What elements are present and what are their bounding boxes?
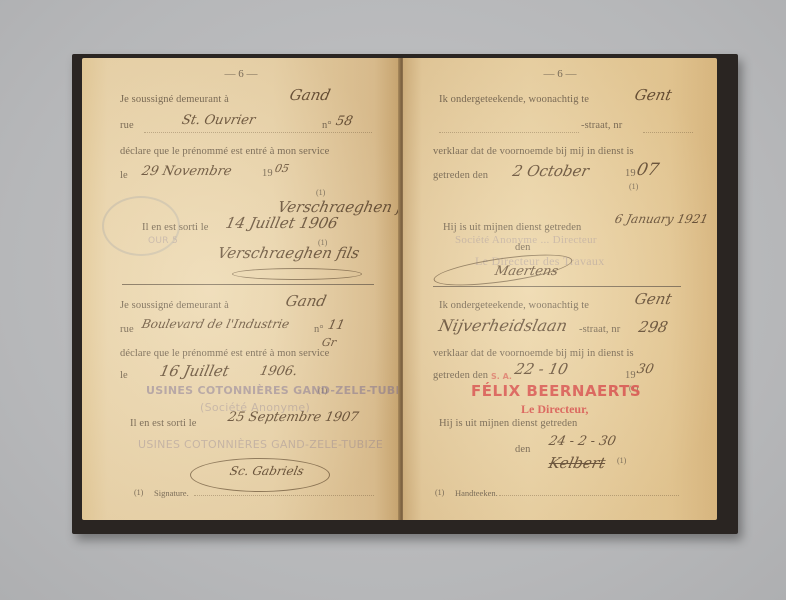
- red-stamp-prefix: S. A.: [491, 372, 512, 381]
- street-label: -straat, nr: [579, 324, 620, 335]
- residence-label: Ik ondergeteekende, woonachtig te: [439, 94, 589, 105]
- exit-label: Hij is uit mijnen dienst getreden: [443, 222, 581, 233]
- employer-signature-2: Verschraeghen fils: [216, 244, 361, 262]
- handteeken-label: Handteeken.: [455, 488, 498, 498]
- number-value: 58: [334, 114, 354, 129]
- street-value: Nijverheidslaan: [437, 316, 569, 335]
- red-stamp-name: FÉLIX BEERNAERTS: [471, 382, 641, 400]
- date-label: getreden den: [433, 170, 488, 181]
- residence-value: Gent: [633, 86, 673, 104]
- residence-value: Gand: [288, 86, 332, 104]
- footnote-marker: (1): [316, 188, 325, 197]
- date-label: le: [120, 370, 128, 381]
- right-page: — 6 — Ik ondergeteekende, woonachtig te …: [403, 58, 717, 520]
- red-stamp-title: Le Directeur,: [521, 402, 588, 417]
- number-value: 298: [637, 318, 669, 336]
- number-value: 11: [326, 318, 346, 333]
- company-stamp-repeat: USINES COTONNIÈRES GAND-ZELE-TUBIZE: [138, 438, 383, 451]
- den-label: den: [515, 242, 530, 253]
- section-divider: [433, 286, 681, 287]
- exit-date: 25 Septembre 1907: [226, 410, 359, 425]
- footer-marker: (1): [134, 488, 143, 497]
- exit-label: Il en est sorti le: [130, 418, 197, 429]
- exit-label: Il en est sorti le: [142, 222, 209, 233]
- residence-label: Ik ondergeteekende, woonachtig te: [439, 300, 589, 311]
- declaration-text: déclare que le prénommé est entré à mon …: [120, 348, 329, 359]
- exit-date: 6 January 1921: [614, 212, 710, 226]
- section-divider: [122, 284, 374, 285]
- page-number: — 6 —: [403, 68, 717, 80]
- street-value: Boulevard de l'Industrie: [141, 317, 291, 331]
- entry-date: 29 Novembre: [140, 164, 233, 179]
- signature-flourish: [232, 268, 362, 280]
- street-label: -straat, nr: [581, 120, 622, 131]
- entry-date: 2 October: [511, 162, 591, 180]
- entry-date: 16 Juillet: [158, 362, 231, 380]
- employer-signature: Maertens: [493, 264, 559, 279]
- signature-label: Signature.: [154, 488, 189, 498]
- date-label: le: [120, 170, 128, 181]
- footnote-marker: (1): [629, 182, 638, 191]
- declaration-text: verklaar dat de voornoemde bij mij in di…: [433, 348, 634, 359]
- faint-stamp-text: OUR 5: [148, 236, 178, 246]
- den-label: den: [515, 444, 530, 455]
- year-suffix: 07: [635, 160, 661, 180]
- street-dotted-line: [144, 132, 372, 133]
- page-number: — 6 —: [82, 68, 400, 80]
- entry-date: 22 - 10: [513, 360, 570, 378]
- signature-line: [499, 495, 679, 496]
- number-label: n°: [314, 324, 324, 335]
- signature-marker: (1): [617, 456, 626, 465]
- annotation: Gr: [321, 336, 338, 349]
- street-value: St. Ouvrier: [180, 113, 256, 128]
- company-stamp: USINES COTONNIÈRES GAND-ZELE-TUBIZE: [146, 384, 400, 397]
- employer-signature: Kelbert: [547, 454, 607, 472]
- declaration-text: verklaar dat de voornoemde bij mij in di…: [433, 146, 634, 157]
- declaration-text: déclare que le prénommé est entré à mon …: [120, 146, 329, 157]
- number-dotted-line: [643, 132, 693, 133]
- signature-line: [194, 495, 374, 496]
- footer-marker: (1): [435, 488, 444, 497]
- entry-year: 1906.: [258, 364, 298, 379]
- exit-label: Hij is uit mijnen dienst getreden: [439, 418, 577, 429]
- left-page: — 6 — Je soussigné demeurant à Gand rue …: [82, 58, 400, 520]
- year-prefix: 19: [262, 168, 273, 179]
- residence-value: Gent: [633, 290, 673, 308]
- street-label: rue: [120, 120, 134, 131]
- year-suffix: 05: [274, 162, 291, 175]
- year-prefix: 19: [625, 370, 636, 381]
- exit-date: 14 Juillet 1906: [224, 214, 340, 232]
- residence-label: Je soussigné demeurant à: [120, 94, 229, 105]
- employer-signature: Sc. Gabriels: [229, 464, 306, 478]
- street-dotted-line: [439, 132, 579, 133]
- street-label: rue: [120, 324, 134, 335]
- year-prefix: 19: [625, 168, 636, 179]
- date-label: getreden den: [433, 370, 488, 381]
- residence-label: Je soussigné demeurant à: [120, 300, 229, 311]
- residence-value: Gand: [284, 292, 328, 310]
- exit-date: 24 - 2 - 30: [547, 434, 617, 449]
- year-suffix: 30: [635, 362, 655, 377]
- number-label: n°: [322, 120, 332, 131]
